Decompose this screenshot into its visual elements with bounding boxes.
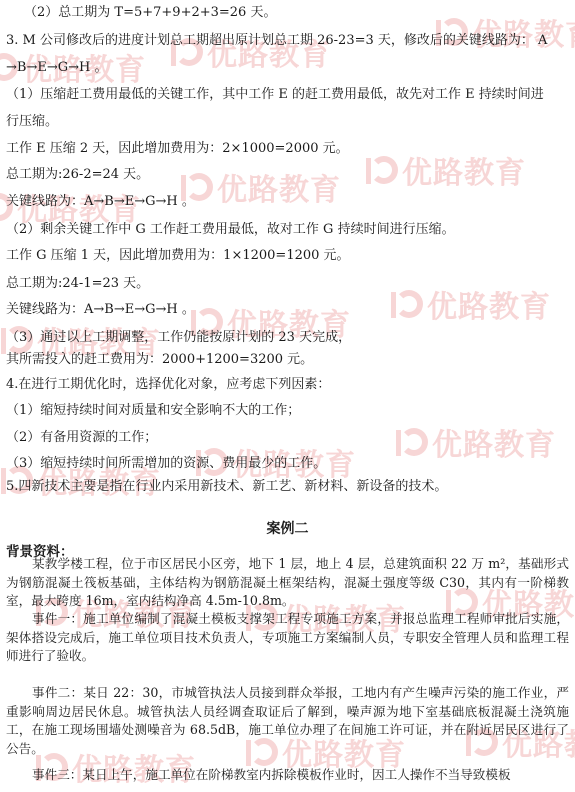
answer-line: 总工期为:24-1=23 天。 — [6, 276, 569, 292]
answer-line: （3）通过以上工期调整，工作仍能按原计划的 23 天完成， — [6, 330, 569, 346]
answer-line: （1）压缩赶工费用最低的关键工作，其中工作 E 的赶工费用最低，故先对工作 E … — [6, 87, 569, 103]
answer-line: （2）总工期为 T=5+7+9+2+3=26 天。 — [24, 5, 569, 21]
case-paragraph: 事件三：某日上午，施工单位在阶梯教室内拆除模板作业时，因工人操作不当导致模板 — [6, 766, 569, 785]
case-paragraph: 事件一：施工单位编制了混凝土模板支撑架工程专项施工方案，并报总监理工程师审批后实… — [6, 610, 569, 666]
answer-line: 4.在进行工期优化时，选择优化对象，应考虑下列因素： — [6, 377, 569, 393]
answer-line: 总工期为:26-2=24 天。 — [6, 167, 569, 183]
answer-line: →B→E→G→H 。 — [6, 60, 569, 76]
section-title: 案例二 — [0, 518, 575, 538]
answer-line: 行压缩。 — [6, 114, 569, 130]
case-paragraph: 事件二：某日 22：30，市城管执法人员接到群众举报，工地内有产生噪声污染的施工… — [6, 684, 569, 758]
answer-line: 工作 E 压缩 2 天，因此增加费用为：2×1000=2000 元。 — [6, 141, 569, 157]
answer-line: 3. M 公司修改后的进度计划总工期超出原计划总工期 26-23=3 天，修改后… — [6, 33, 569, 49]
answer-line: 工作 G 压缩 1 天，因此增加费用为：1×1200=1200 元。 — [6, 248, 569, 264]
answer-line: （3）缩短持续时间所需增加的资源、费用最少的工作。 — [6, 456, 569, 472]
answer-line: （1）缩短持续时间对质量和安全影响不大的工作； — [6, 403, 569, 419]
answer-line: 其所需投入的赶工费用为：2000+1200=3200 元。 — [6, 352, 569, 368]
answer-line: 5.四新技术主要是指在行业内采用新技术、新工艺、新材料、新设备的技术。 — [6, 479, 569, 495]
answer-line: 关键线路为：A→B→E→G→H 。 — [6, 302, 569, 318]
answer-line: 关键线路为：A→B→E→G→H 。 — [6, 194, 569, 210]
case-paragraph: 某教学楼工程，位于市区居民小区旁，地下 1 层，地上 4 层，总建筑面积 22 … — [6, 555, 569, 611]
answer-line: （2）有备用资源的工作； — [6, 430, 569, 446]
answer-line: （2）剩余关键工作中 G 工作赶工费用最低，故对工作 G 持续时间进行压缩。 — [6, 222, 569, 238]
